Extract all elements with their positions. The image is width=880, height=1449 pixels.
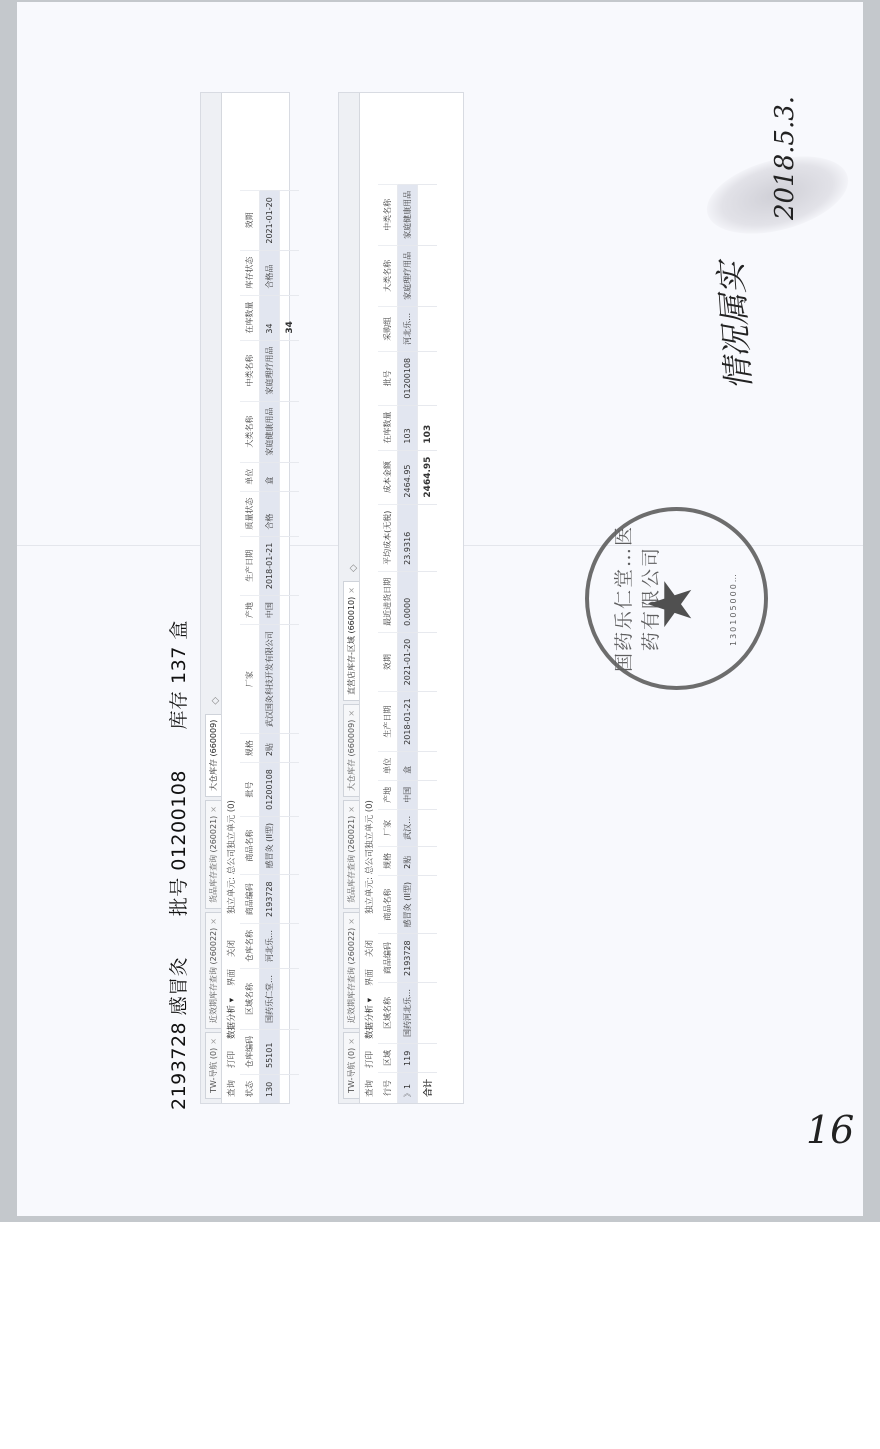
column-header[interactable]: 规格: [378, 846, 398, 875]
tab-label: 货品库存查询 (260021): [209, 816, 218, 903]
total-cell: [280, 625, 300, 734]
total-cell: [280, 875, 300, 924]
table-cell: 119: [398, 1043, 418, 1072]
column-header[interactable]: 大类名称: [240, 401, 260, 462]
total-cell: [418, 875, 438, 934]
total-cell: [418, 571, 438, 632]
total-cell: [418, 809, 438, 846]
close-icon[interactable]: ×: [347, 587, 356, 594]
table-cell: 》1: [398, 1072, 418, 1103]
total-cell: [280, 340, 300, 401]
table-cell: 55101: [260, 1030, 280, 1075]
column-header[interactable]: 平均成本(无税): [378, 504, 398, 571]
total-cell: [418, 351, 438, 405]
total-cell: [280, 969, 300, 1030]
column-header[interactable]: 仓库名称: [240, 924, 260, 969]
table-cell: 2464.95: [398, 450, 418, 504]
tab-label: 大仓库存 (660009): [209, 720, 218, 791]
column-header[interactable]: 效期: [378, 632, 398, 692]
toolbar-button[interactable]: 查询: [363, 1080, 375, 1097]
total-cell: [280, 924, 300, 969]
table-cell: 中国: [398, 780, 418, 809]
total-cell: [418, 982, 438, 1043]
column-header[interactable]: 区域名称: [240, 969, 260, 1030]
tab[interactable]: 近效期库存查询 (260022)×: [205, 912, 221, 1029]
total-cell: [280, 1030, 300, 1075]
table-cell: 103: [398, 405, 418, 450]
total-cell: [418, 751, 438, 780]
column-header[interactable]: 商品名称: [378, 875, 398, 934]
add-tab-icon[interactable]: ◇: [348, 558, 359, 578]
table-row[interactable]: 》1119国药河北乐…2193728感冒灸 (II型)2贴武汉…中国盒2018-…: [398, 184, 418, 1103]
total-cell: [280, 191, 300, 251]
column-header[interactable]: 厂家: [378, 809, 398, 846]
table-cell: 130: [260, 1075, 280, 1104]
total-cell: [280, 491, 300, 536]
table-cell: 河北乐…: [260, 924, 280, 969]
table-cell: 家庭理疗用品: [260, 340, 280, 401]
table-cell: 盒: [398, 751, 418, 780]
table-cell: 国药河北乐…: [398, 982, 418, 1043]
table-header: 状态仓库编码区域名称仓库名称商品编码商品名称批号规格厂家产地生产日期质量状态单位…: [240, 191, 260, 1103]
total-cell: [418, 692, 438, 752]
table-cell: 2021-01-20: [398, 632, 418, 692]
table-cell: 2018-01-21: [260, 536, 280, 596]
toolbar-button[interactable]: 数据分析 ▾: [363, 998, 375, 1039]
tab[interactable]: 直营店库存-区域 (660010)×: [343, 581, 359, 701]
close-icon[interactable]: ×: [347, 1038, 356, 1045]
total-cell: [418, 780, 438, 809]
total-cell: 34: [280, 295, 300, 340]
table-cell: 2贴: [398, 846, 418, 875]
table-row[interactable]: 13055101国药乐仁堂…河北乐…2193728感冒灸 (II型)012001…: [260, 191, 280, 1103]
column-header[interactable]: 成本金额: [378, 450, 398, 504]
total-cell: 103: [418, 405, 438, 450]
total-cell: [280, 596, 300, 625]
column-header[interactable]: 产地: [240, 596, 260, 625]
column-header[interactable]: 中类名称: [240, 340, 260, 401]
toolbar-button[interactable]: 界面: [363, 969, 375, 986]
table-cell: 河北乐…: [398, 306, 418, 351]
stock-table: 状态仓库编码区域名称仓库名称商品编码商品名称批号规格厂家产地生产日期质量状态单位…: [240, 190, 299, 1103]
table-cell: 家庭健康用品: [260, 401, 280, 462]
column-header[interactable]: 区域名称: [378, 982, 398, 1043]
table-cell: 2贴: [260, 734, 280, 763]
add-tab-icon[interactable]: ◇: [210, 691, 221, 711]
table-cell: 国药乐仁堂…: [260, 969, 280, 1030]
toolbar-button[interactable]: 数据分析 ▾: [225, 998, 237, 1039]
close-icon[interactable]: ×: [209, 918, 218, 925]
column-header[interactable]: 大类名称: [378, 245, 398, 306]
total-row: 合计2464.95103: [418, 184, 438, 1103]
column-header[interactable]: 库存状态: [240, 250, 260, 295]
page-number: 16: [806, 1108, 854, 1152]
column-header[interactable]: 批号: [378, 351, 398, 405]
total-cell: [418, 245, 438, 306]
column-header[interactable]: 商品名称: [240, 816, 260, 875]
rotated-content: 2193728 感冒灸 批号 01200108 库存 137 盒 TW-导航 (…: [150, 90, 850, 1110]
column-header[interactable]: 行号: [378, 1072, 398, 1103]
total-cell: [418, 934, 438, 983]
total-cell: [418, 1043, 438, 1072]
table-cell: 0.0000: [398, 571, 418, 632]
total-cell: [280, 816, 300, 875]
tab[interactable]: 货品库存查询 (260021)×: [343, 800, 359, 909]
column-header[interactable]: 质量状态: [240, 491, 260, 536]
tab[interactable]: 大仓库存 (660009)×: [343, 704, 359, 797]
seal-code: 130105000…: [729, 572, 738, 646]
total-cell: [418, 846, 438, 875]
tab-label: 近效期库存查询 (260022): [209, 928, 218, 1023]
table-cell: 2193728: [398, 934, 418, 983]
headline: 2193728 感冒灸 批号 01200108 库存 137 盒: [164, 586, 191, 1110]
total-cell: 2464.95: [418, 450, 438, 504]
table-cell: 2193728: [260, 875, 280, 924]
headline-product: 2193728 感冒灸: [168, 957, 190, 1110]
headline-stock: 库存 137 盒: [168, 620, 190, 729]
tab-bar: TW-导航 (0)×近效期库存查询 (260022)×货品库存查询 (26002…: [339, 93, 360, 1103]
warehouse-stock-panel: TW-导航 (0)×近效期库存查询 (260022)×货品库存查询 (26002…: [200, 92, 290, 1104]
toolbar-button[interactable]: 关闭: [363, 940, 375, 957]
column-header[interactable]: 仓库编码: [240, 1030, 260, 1075]
tab[interactable]: TW-导航 (0)×: [205, 1032, 221, 1099]
handwritten-date: 2018.5.3.: [770, 96, 800, 220]
column-header[interactable]: 规格: [240, 734, 260, 763]
tab[interactable]: 货品库存查询 (260021)×: [205, 800, 221, 909]
total-cell: [280, 1075, 300, 1104]
tab-label: 直营店库存-区域 (660010): [347, 597, 356, 695]
tab-label: TW-导航 (0): [209, 1048, 218, 1093]
column-header[interactable]: 状态: [240, 1075, 260, 1104]
toolbar-button[interactable]: 关闭: [225, 940, 237, 957]
toolbar: 查询打印数据分析 ▾界面关闭独立单元: 总公司独立单元 (0): [222, 93, 240, 1103]
tab-bar: TW-导航 (0)×近效期库存查询 (260022)×货品库存查询 (26002…: [201, 93, 222, 1103]
store-stock-panel: TW-导航 (0)×近效期库存查询 (260022)×货品库存查询 (26002…: [338, 92, 464, 1104]
headline-batch: 批号 01200108: [168, 770, 190, 916]
table-cell: 2021-01-20: [260, 191, 280, 251]
column-header[interactable]: 在库数量: [378, 405, 398, 450]
table-cell: 合格: [260, 491, 280, 536]
column-header[interactable]: 商品编码: [240, 875, 260, 924]
toolbar-button[interactable]: 打印: [225, 1051, 237, 1068]
column-header[interactable]: 效期: [240, 191, 260, 251]
company-seal: 国药乐仁堂…医药有限公司 ★ 130105000…: [585, 507, 768, 690]
total-cell: [418, 306, 438, 351]
table-cell: 感冒灸 (II型): [398, 875, 418, 934]
table-cell: 武汉…: [398, 809, 418, 846]
stock-table: 行号区域区域名称商品编码商品名称规格厂家产地单位生产日期效期最近进货日期平均成本…: [378, 184, 437, 1103]
column-header[interactable]: 单位: [378, 751, 398, 780]
column-header[interactable]: 商品编码: [378, 934, 398, 983]
column-header[interactable]: 在库数量: [240, 295, 260, 340]
total-cell: [280, 250, 300, 295]
column-header[interactable]: 单位: [240, 462, 260, 491]
table-cell: 家庭健康用品: [398, 184, 418, 245]
table-header: 行号区域区域名称商品编码商品名称规格厂家产地单位生产日期效期最近进货日期平均成本…: [378, 184, 398, 1103]
unit-label: 独立单元: 总公司独立单元 (0): [363, 800, 375, 914]
close-icon[interactable]: ×: [347, 710, 356, 717]
total-cell: [280, 734, 300, 763]
table-cell: 家庭理疗用品: [398, 245, 418, 306]
close-icon[interactable]: ×: [347, 918, 356, 925]
close-icon[interactable]: ×: [209, 1038, 218, 1045]
tab-label: 近效期库存查询 (260022): [347, 928, 356, 1023]
column-header[interactable]: 产地: [378, 780, 398, 809]
table-cell: 2018-01-21: [398, 692, 418, 752]
column-header[interactable]: 中类名称: [378, 184, 398, 245]
tab[interactable]: 大仓库存 (660009): [205, 714, 221, 797]
column-header[interactable]: 采购组: [378, 306, 398, 351]
tab[interactable]: TW-导航 (0)×: [343, 1032, 359, 1099]
close-icon[interactable]: ×: [209, 806, 218, 813]
column-header[interactable]: 批号: [240, 763, 260, 817]
tab-label: TW-导航 (0): [347, 1048, 356, 1093]
column-header[interactable]: 生产日期: [378, 692, 398, 752]
unit-label: 独立单元: 总公司独立单元 (0): [225, 800, 237, 914]
toolbar-button[interactable]: 查询: [225, 1080, 237, 1097]
total-cell: [280, 401, 300, 462]
tab[interactable]: 近效期库存查询 (260022)×: [343, 912, 359, 1029]
total-cell: [418, 184, 438, 245]
column-header[interactable]: 生产日期: [240, 536, 260, 596]
total-cell: 合计: [418, 1072, 438, 1103]
total-cell: [418, 632, 438, 692]
close-icon[interactable]: ×: [347, 806, 356, 813]
table-cell: 合格品: [260, 250, 280, 295]
total-cell: [418, 504, 438, 571]
toolbar-button[interactable]: 界面: [225, 969, 237, 986]
column-header[interactable]: 最近进货日期: [378, 571, 398, 632]
table-cell: 34: [260, 295, 280, 340]
column-header[interactable]: 厂家: [240, 625, 260, 734]
handwritten-note: 情况属实: [706, 261, 761, 392]
star-icon: ★: [641, 577, 701, 631]
table-cell: 01200108: [398, 351, 418, 405]
table-cell: 武汉国灸科技开发有限公司: [260, 625, 280, 734]
toolbar: 查询打印数据分析 ▾界面关闭独立单元: 总公司独立单元 (0): [360, 93, 378, 1103]
table-cell: 盒: [260, 462, 280, 491]
tab-label: 大仓库存 (660009): [347, 720, 356, 791]
total-cell: [280, 462, 300, 491]
total-cell: [280, 763, 300, 817]
toolbar-button[interactable]: 打印: [363, 1051, 375, 1068]
table-cell: 中国: [260, 596, 280, 625]
total-row: 34: [280, 191, 300, 1103]
table-cell: 01200108: [260, 763, 280, 817]
table-cell: 23.9316: [398, 504, 418, 571]
tab-label: 货品库存查询 (260021): [347, 816, 356, 903]
table-cell: 感冒灸 (II型): [260, 816, 280, 875]
total-cell: [280, 536, 300, 596]
column-header[interactable]: 区域: [378, 1043, 398, 1072]
